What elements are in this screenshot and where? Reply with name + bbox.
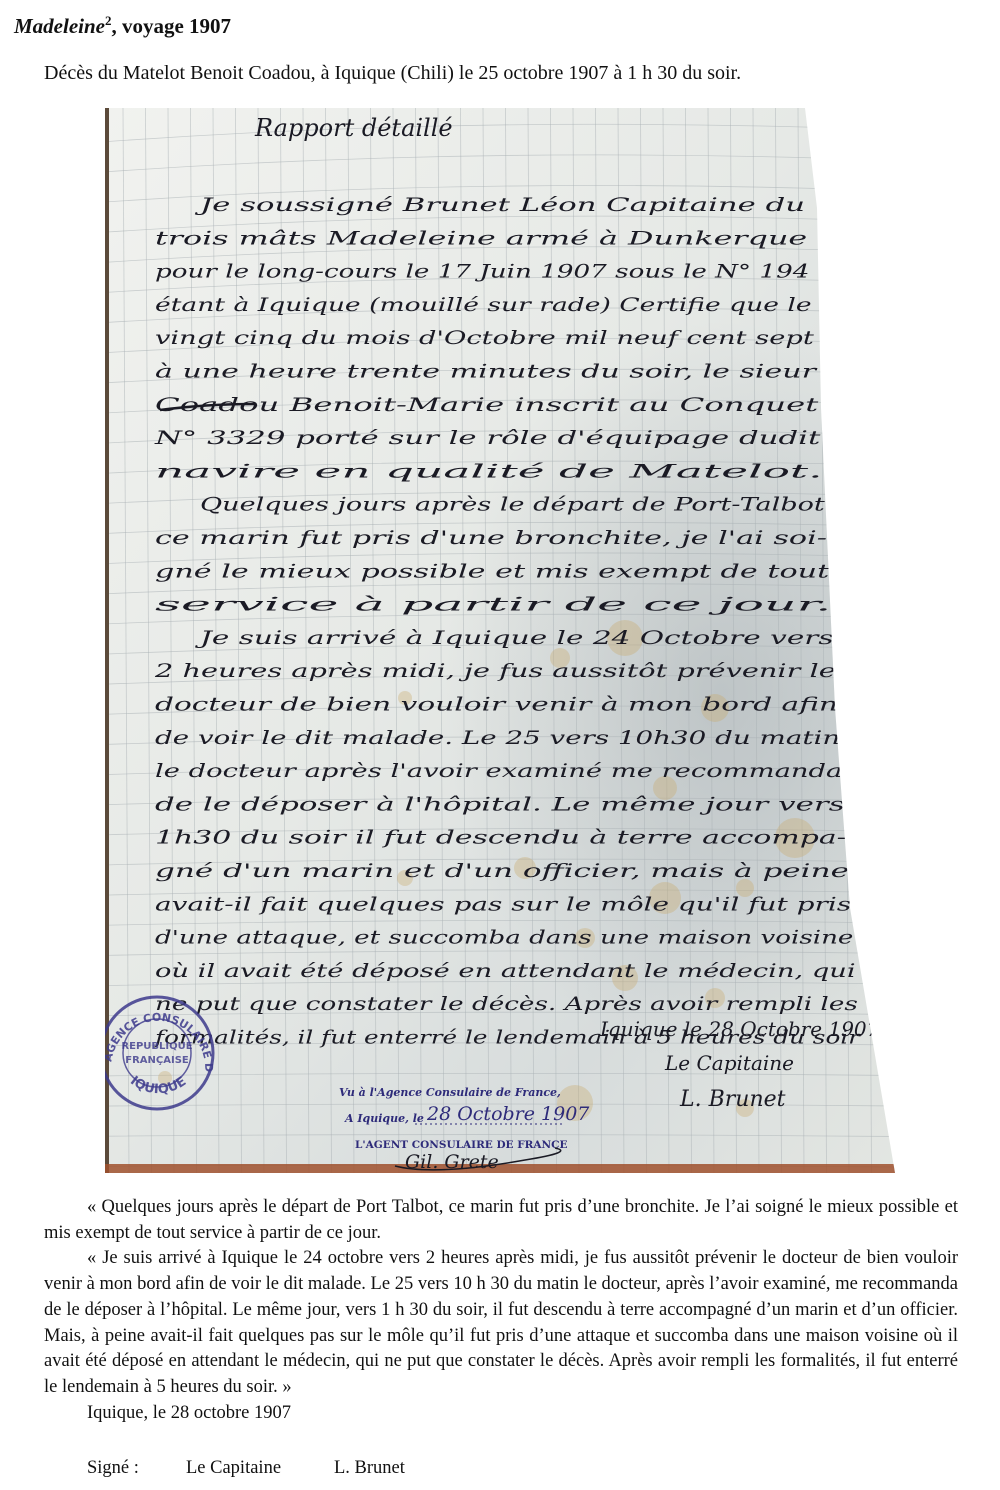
transcript: « Quelques jours après le départ de Port… [44, 1195, 958, 1426]
signed-title: Le Capitaine [186, 1458, 334, 1479]
manuscript-line: service à partir de ce jour. [155, 594, 831, 616]
signature-line: Signé :Le CapitaineL. Brunet [87, 1458, 405, 1479]
manuscript-photo: Rapport détailléJe soussigné Brunet Léon… [105, 108, 895, 1173]
signed-name: L. Brunet [334, 1458, 405, 1479]
svg-text:FRANÇAISE: FRANÇAISE [125, 1055, 189, 1066]
heading-rest: , voyage 1907 [111, 14, 231, 38]
manuscript-line: de voir le dit malade. Le 25 vers 10h30 … [155, 727, 840, 749]
manuscript-line: Je suis arrivé à Iquique le 24 Octobre v… [194, 627, 834, 649]
manuscript-line: de le déposer à l'hôpital. Le même jour … [155, 793, 845, 815]
svg-text:28 Octobre 1907: 28 Octobre 1907 [426, 1103, 590, 1125]
manuscript-line: à une heure trente minutes du soir, le s… [155, 361, 819, 383]
signed-label: Signé : [87, 1458, 186, 1479]
manuscript-line: 1h30 du soir il fut descendu à terre acc… [155, 827, 847, 849]
document-heading: Madeleine2, voyage 1907 [14, 14, 231, 39]
transcript-place-date: Iquique, le 28 octobre 1907 [44, 1401, 958, 1427]
manuscript-line: d'une attaque, et succomba dans une mais… [155, 927, 853, 949]
transcript-paragraph-1: « Quelques jours après le départ de Port… [44, 1195, 958, 1246]
manuscript-line: 2 heures après midi, je fus aussitôt pré… [153, 660, 835, 682]
svg-text:L'AGENT CONSULAIRE DE FRANCE: L'AGENT CONSULAIRE DE FRANCE [355, 1139, 568, 1151]
subtitle: Décès du Matelot Benoit Coadou, à Iquiqu… [44, 62, 741, 85]
transcript-paragraph-2: « Je suis arrivé à Iquique le 24 octobre… [44, 1246, 958, 1400]
manuscript-line: gné d'un marin et d'un officier, mais à … [155, 860, 849, 882]
manuscript-place-date: Iquique le 28 Octobre 1907 [599, 1017, 880, 1041]
manuscript-image: Rapport détailléJe soussigné Brunet Léon… [105, 108, 895, 1173]
svg-text:REPUBLIQUE: REPUBLIQUE [121, 1041, 192, 1052]
manuscript-line: ce marin fut pris d'une bronchite, je l'… [155, 527, 827, 549]
manuscript-title: Rapport détaillé [254, 114, 453, 142]
svg-text:Vu à l'Agence Consulaire de Fr: Vu à l'Agence Consulaire de France, [339, 1086, 561, 1099]
manuscript-line: gné le mieux possible et mis exempt de t… [155, 560, 830, 582]
manuscript-signature: L. Brunet [679, 1087, 786, 1112]
manuscript-line: vingt cinq du mois d'Octobre mil neuf ce… [155, 327, 814, 349]
manuscript-title-signer: Le Capitaine [664, 1051, 794, 1075]
manuscript-line: le docteur après l'avoir examiné me reco… [155, 760, 842, 782]
svg-text:A Iquique, le: A Iquique, le [344, 1112, 424, 1125]
manuscript-line: navire en qualité de Matelot. [155, 460, 823, 482]
manuscript-line: docteur de bien vouloir venir à mon bord… [155, 694, 838, 716]
manuscript-line: où il avait été déposé en attendant le m… [155, 960, 856, 982]
manuscript-line: Quelques jours après le départ de Port-T… [200, 494, 825, 516]
ship-name: Madeleine [14, 14, 105, 38]
manuscript-line: étant à Iquique (mouillé sur rade) Certi… [155, 294, 812, 316]
manuscript-line: avait-il fait quelques pas sur le môle q… [155, 893, 852, 915]
manuscript-line: Je soussigné Brunet Léon Capitaine du [194, 194, 805, 216]
manuscript-line: trois mâts Madeleine armé à Dunkerque [155, 227, 807, 249]
manuscript-line: pour le long-cours le 17 Juin 1907 sous … [155, 261, 809, 283]
manuscript-line: ne put que constater le décès. Après avo… [155, 993, 858, 1015]
manuscript-line: N° 3329 porté sur le rôle d'équipage dud… [153, 427, 821, 449]
